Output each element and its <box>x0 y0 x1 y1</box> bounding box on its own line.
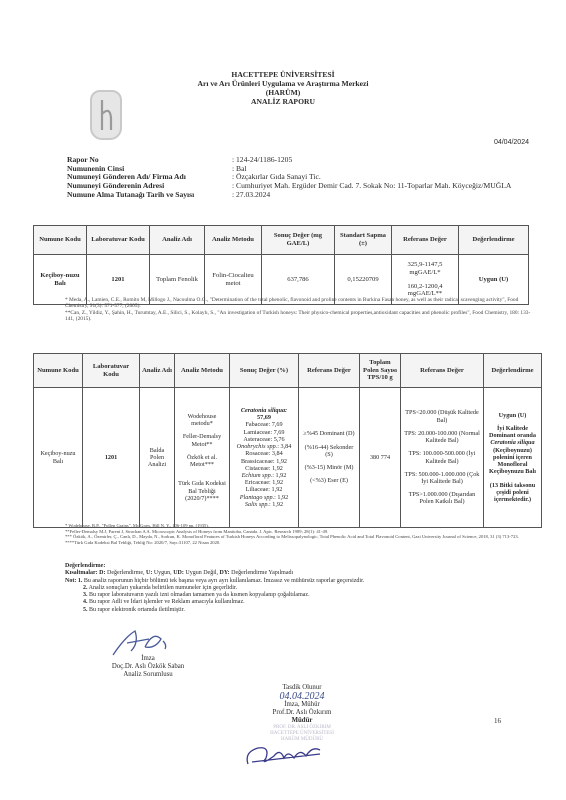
analyst-name: Doç.Dr. Aslı Özkök Saban <box>88 663 208 671</box>
pollen-item: Fabaceae: 7,69 <box>232 421 296 428</box>
report-meta: Rapor No: 124-24/1186-1205 Numunenin Cin… <box>67 156 532 200</box>
evaluation-type: (Keçiboynuzu) polenini içeren Monofloral… <box>486 447 539 476</box>
col-header: Laboratuvar Kodu <box>87 226 150 255</box>
total-pollen-count: 380 774 <box>360 388 401 528</box>
page-number: 16 <box>494 717 501 725</box>
pollen-item: Salix spp.: 1,92 <box>232 501 296 508</box>
evaluation: Uygun (U) İyi Kalitede Dominant oranda C… <box>484 388 542 528</box>
pollen-item: Onobrychis spp.: 3,84 <box>232 443 296 450</box>
dominant-value: 57,69 <box>232 414 296 421</box>
col-header: Sonuç Değer (mg GAE/L) <box>262 226 335 255</box>
sample-code: Keçiboy-nuzu Balı <box>34 388 83 528</box>
director-role: Müdür <box>252 717 352 725</box>
university-name: HACETTEPE ÜNİVERSİTESİ <box>0 70 566 79</box>
center-name: Arı ve Arı Ürünleri Uygulama ve Araştırm… <box>0 79 566 88</box>
col-header: Analiz Metodu <box>205 226 262 255</box>
footnote: *** Özkök, A., Özenirler, Ç., Canlı, D.,… <box>65 534 535 540</box>
abbreviations: Kısaltmalar: D: Değerlendirme, U: Uygun,… <box>65 570 535 577</box>
tps-reference: TPS<20.000 (Düşük Kalitede Bal) TPS: 20.… <box>401 388 484 528</box>
analyst-signature-block: İmza Doç.Dr. Aslı Özkök Saban Analiz Sor… <box>88 655 208 679</box>
signature-label: İmza <box>88 655 208 663</box>
pollen-results: Ceratonia siliqua: 57,69 Fabaceae: 7,69L… <box>230 388 299 528</box>
col-header: Analiz Adı <box>150 226 205 255</box>
method-item: Wodehouse metodu* <box>177 413 227 427</box>
col-header: Sonuç Değer (%) <box>230 354 299 388</box>
pollen-item: Plantago spp.: 1,92 <box>232 494 296 501</box>
col-header: Numune Kodu <box>34 226 87 255</box>
pollen-item: Cistaceae: 1,92 <box>232 465 296 472</box>
report-date: 04/04/2024 <box>494 139 529 146</box>
analysis-name: Balda Polen Analizi <box>140 388 175 528</box>
footnote: **Can, Z., Yildiz, Y., Şahin, H., Turumt… <box>65 310 535 323</box>
pct-ref: (%16-44) Sekonder (S) <box>301 444 357 458</box>
pct-ref: (%3-15) Minör (M) <box>301 464 357 471</box>
col-header: Standart Sapma (±) <box>335 226 392 255</box>
lab-code: 1201 <box>83 388 140 528</box>
col-header: Referans Değer <box>299 354 360 388</box>
method-item: Türk Gıda Kodeksi Bal Tebliği (2020/7)**… <box>177 480 227 502</box>
col-header: Numune Kodu <box>34 354 83 388</box>
col-header: Toplam Polen Sayısı TPS/10 g <box>360 354 401 388</box>
signature-label: İmza, Mühür <box>252 701 352 709</box>
pollen-item: Lamiaceae: 7,69 <box>232 429 296 436</box>
meta-value: : 124-24/1186-1205 <box>232 156 532 165</box>
percent-reference: ≥%45 Dominant (D) (%16-44) Sekonder (S) … <box>299 388 360 528</box>
col-header: Değerlendirme <box>484 354 542 388</box>
pct-ref: (<%3) Eser (E) <box>301 477 357 484</box>
pollen-list: Fabaceae: 7,69Lamiaceae: 7,69Asteraceae:… <box>232 421 296 507</box>
director-signature-block: Tasdik Olunur 04.04.2024 İmza, Mühür Pro… <box>252 684 352 743</box>
tps-ref: TPS<20.000 (Düşük Kalitede Bal) <box>403 409 481 423</box>
method-item: Feller-Demalsy Metot** <box>177 433 227 447</box>
meta-row: Numune Alma Tutanağı Tarih ve Sayısı: 27… <box>67 191 532 200</box>
footnote: ****Türk Gıda Kodeksi Bal Tebliği, Tebli… <box>65 540 535 546</box>
table-header-row: Numune Kodu Laboratuvar Kodu Analiz Adı … <box>34 354 542 388</box>
pollen-item: Echium spp.: 1,92 <box>232 472 296 479</box>
col-header: Referans Değer <box>401 354 484 388</box>
meta-value: : 27.03.2024 <box>232 191 532 200</box>
analysis-methods: Wodehouse metodu* Feller-Demalsy Metot**… <box>175 388 230 528</box>
table-row: Keçiboy-nuzu Balı 1201 Balda Polen Anali… <box>34 388 542 528</box>
note-item: 4. Bu rapor Adli ve İdari işlemler ve Re… <box>65 599 535 606</box>
evaluation-status: Uygun (U) <box>486 412 539 419</box>
dominant-taxon: Ceratonia siliqua: <box>232 407 296 414</box>
pollen-item: Brassicaceae: 1,92 <box>232 458 296 465</box>
tps-ref: TPS: 100.000-500.000 (İyi Kalitede Bal) <box>403 450 481 464</box>
col-header: Laboratuvar Kodu <box>83 354 140 388</box>
col-header: Değerlendirme <box>459 226 529 255</box>
pollen-analysis-table: Numune Kodu Laboratuvar Kodu Analiz Adı … <box>33 353 542 528</box>
tps-ref: TPS: 20.000-100.000 (Normal Kalitede Bal… <box>403 430 481 444</box>
col-header: Referans Değer <box>392 226 459 255</box>
table1-footnotes: * Meda, A., Lamien, C.E., Romito M, Mill… <box>65 297 535 323</box>
reference-1: 325,9-1147,5 mgGAE/L* <box>394 261 456 276</box>
pollen-item: Liliaceae: 1,92 <box>232 486 296 493</box>
director-name: Prof.Dr. Aslı Özkırım <box>252 709 352 717</box>
meta-value: : Cumhuriyet Mah. Ergüder Demir Cad. 7. … <box>232 182 532 191</box>
note-item: Not: 1. Bu analiz raporunun hiçbir bölüm… <box>65 578 535 585</box>
analyst-role: Analiz Sorumlusu <box>88 671 208 679</box>
center-abbr: (HARÜM) <box>0 88 566 97</box>
pct-ref: ≥%45 Dominant (D) <box>301 430 357 437</box>
meta-label: Numune Alma Tutanağı Tarih ve Sayısı <box>67 191 232 200</box>
handwritten-date: 04.04.2024 <box>252 692 352 701</box>
report-title: ANALİZ RAPORU <box>0 97 566 106</box>
evaluation-notes: Değerlendirme: Kısaltmalar: D: Değerlend… <box>65 563 535 614</box>
reference-2: 160,2-1200,4 mgGAE/L** <box>394 283 456 298</box>
footnote: * Meda, A., Lamien, C.E., Romito M, Mill… <box>65 297 535 310</box>
method-item: Özkök et al. Metot*** <box>177 454 227 468</box>
evaluation-taxon: Ceratonia siliqua <box>486 439 539 446</box>
pollen-item: Rosaceae: 3,84 <box>232 450 296 457</box>
table2-footnotes: * Wodehouse, R.P., "Pollen Grains", Mc G… <box>65 523 535 545</box>
tps-ref: TPS: 500.000-1.000.000 (Çok İyi Kalitede… <box>403 471 481 485</box>
document-header: HACETTEPE ÜNİVERSİTESİ Arı ve Arı Ürünle… <box>0 70 566 106</box>
evaluation-quality: İyi Kalitede Dominant oranda <box>486 425 539 439</box>
tps-ref: TPS>1.000.000 (Dışarıdan Polen Katkılı B… <box>403 491 481 505</box>
evaluation-taxa-count: (13 Bitki taksonu çeşidi poleni içermekt… <box>486 482 539 504</box>
phenolic-results-table: Numune Kodu Laboratuvar Kodu Analiz Adı … <box>33 225 529 305</box>
table-header-row: Numune Kodu Laboratuvar Kodu Analiz Adı … <box>34 226 529 255</box>
meta-row: Rapor No: 124-24/1186-1205 <box>67 156 532 165</box>
pollen-item: Ericaceae: 1,92 <box>232 479 296 486</box>
col-header: Analiz Adı <box>140 354 175 388</box>
director-signature-icon <box>240 738 330 770</box>
col-header: Analiz Metodu <box>175 354 230 388</box>
pollen-item: Asteraceae: 5,76 <box>232 436 296 443</box>
note-item: 5. Bu rapor elektronik ortamda iletilmiş… <box>65 607 535 614</box>
